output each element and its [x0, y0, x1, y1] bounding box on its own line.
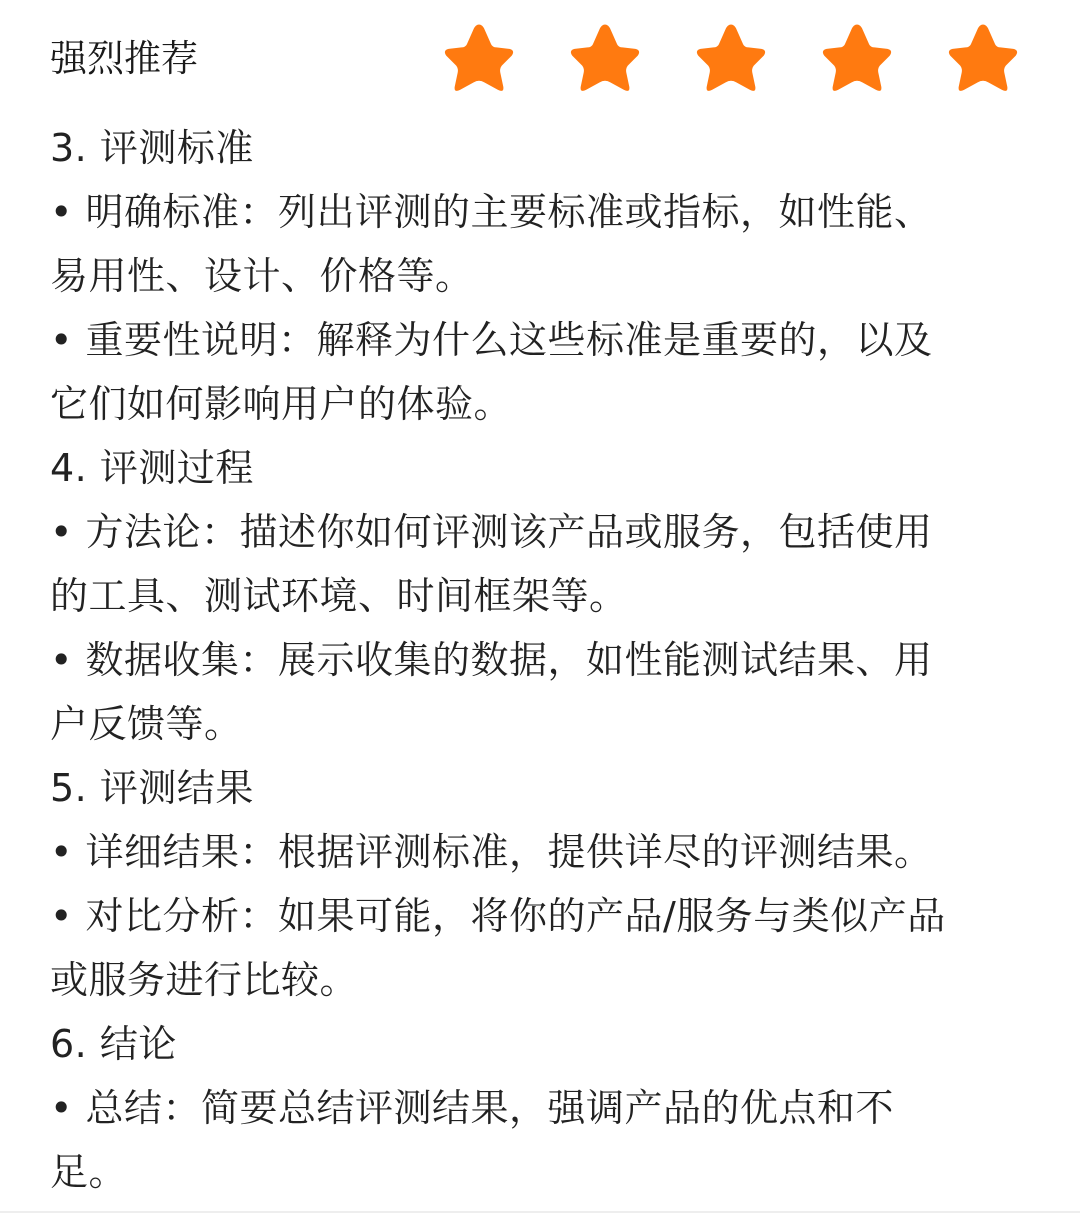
section-heading-4: 4. 评测过程 — [50, 436, 1040, 500]
star-icon — [944, 20, 1022, 96]
star-rating — [440, 20, 1022, 96]
text-line: 它们如何影响用户的体验。 — [50, 372, 1040, 436]
text-line: • 数据收集：展示收集的数据，如性能测试结果、用 — [50, 628, 1040, 692]
text-line: 或服务进行比较。 — [50, 948, 1040, 1012]
text-line: • 明确标准：列出评测的主要标准或指标，如性能、 — [50, 180, 1040, 244]
section-heading-3: 3. 评测标准 — [50, 116, 1040, 180]
section-heading-5: 5. 评测结果 — [50, 756, 1040, 820]
star-icon — [692, 20, 770, 96]
text-line: • 方法论：描述你如何评测该产品或服务，包括使用 — [50, 500, 1040, 564]
star-icon — [566, 20, 644, 96]
text-line: • 对比分析：如果可能，将你的产品/服务与类似产品 — [50, 884, 1040, 948]
star-icon — [818, 20, 896, 96]
text-line: 易用性、设计、价格等。 — [50, 244, 1040, 308]
text-line: • 总结：简要总结评测结果，强调产品的优点和不 — [50, 1076, 1040, 1140]
bottom-divider — [0, 1211, 1080, 1213]
recommendation-label: 强烈推荐 — [50, 34, 198, 84]
review-guide-text: 3. 评测标准 • 明确标准：列出评测的主要标准或指标，如性能、 易用性、设计、… — [50, 116, 1040, 1204]
text-line: 户反馈等。 — [50, 692, 1040, 756]
star-icon — [440, 20, 518, 96]
section-heading-6: 6. 结论 — [50, 1012, 1040, 1076]
text-line: 的工具、测试环境、时间框架等。 — [50, 564, 1040, 628]
text-line: 足。 — [50, 1140, 1040, 1204]
rating-header: 强烈推荐 — [0, 0, 1080, 118]
text-line: • 详细结果：根据评测标准，提供详尽的评测结果。 — [50, 820, 1040, 884]
text-line: • 重要性说明：解释为什么这些标准是重要的，以及 — [50, 308, 1040, 372]
